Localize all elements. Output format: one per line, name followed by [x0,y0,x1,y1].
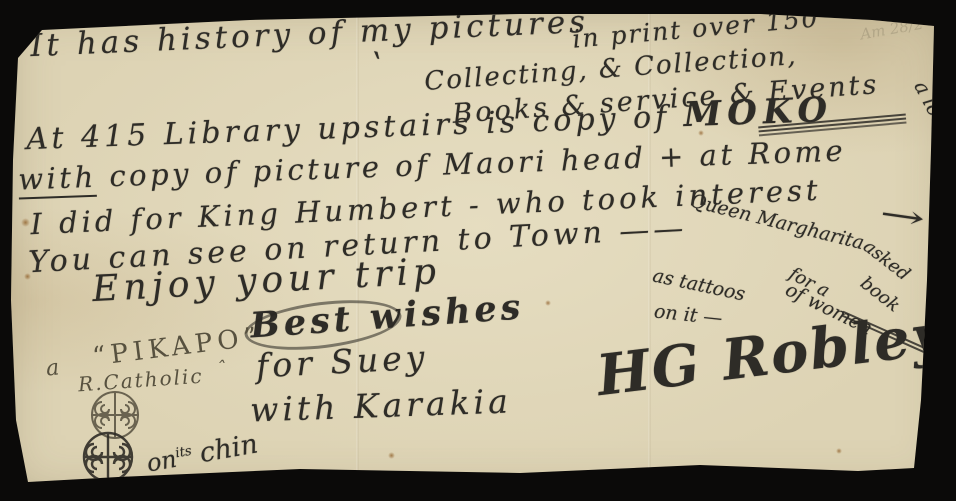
closing-karakia-line: with Karakia [249,381,512,429]
foxing-spot [388,452,395,459]
paper-sheet: It has history of my pictures in print o… [0,0,956,501]
pencil-reference-number: Am 28/2 [859,15,925,44]
arrow-mark: → [878,196,928,237]
pen-tick-mark: ˋ [360,47,386,91]
pikapo-caret-mark: ˆ [216,358,225,379]
foxing-spot [836,448,842,454]
chin-its-word: its [174,444,193,462]
queen-note-on-it: on it — [653,300,723,329]
chin-word: chin [197,428,260,469]
line-4-moko-word: MOKO [683,90,834,135]
closing-for-line: for Suey [255,338,429,386]
signature: HG Robley [593,301,949,409]
foxing-spot [545,300,551,306]
pikapo-article: a [45,355,61,381]
letter-line-1: It has history of my pictures [29,4,589,64]
scanned-letter: It has history of my pictures in print o… [0,0,956,501]
foxing-spot [21,218,30,227]
chin-on-word: on [145,445,179,478]
queen-note-as-tattoos: as tattoos [651,264,748,305]
line-7-dash: —— [618,211,688,250]
line-3-margin-note: a lot [909,77,951,128]
line-5-with-word: with [18,160,98,200]
